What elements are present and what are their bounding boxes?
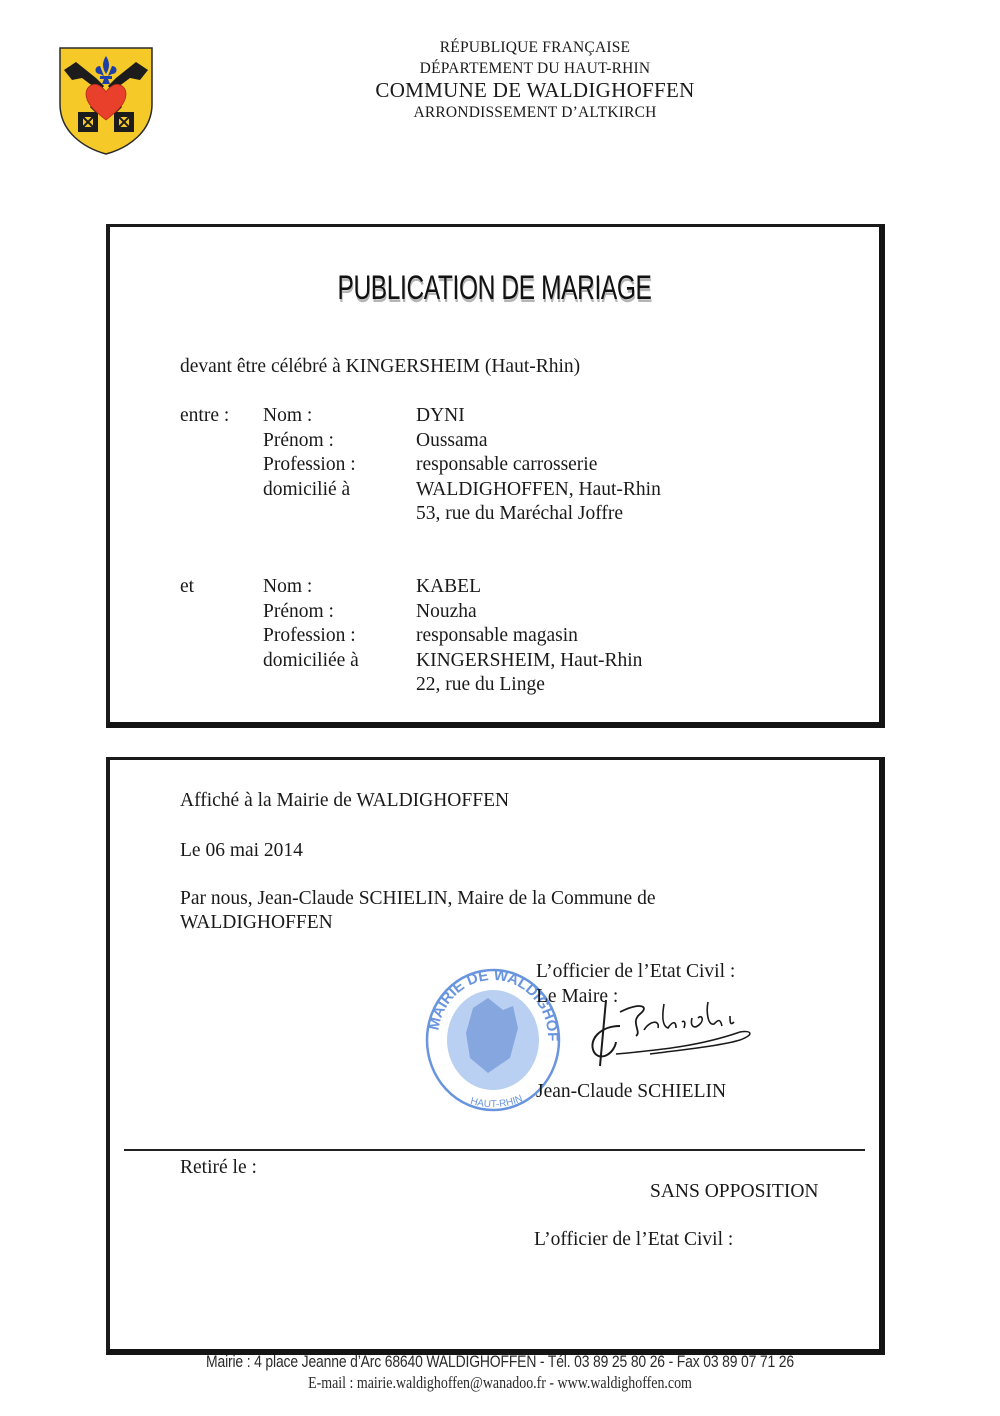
signature-icon [580,992,770,1072]
party-1-nom: DYNI [416,404,661,429]
party-2-nom: KABEL [416,575,642,600]
party-2-city: KINGERSHEIM, Haut-Rhin [416,649,642,674]
by-line-2: WALDIGHOFFEN [180,911,333,936]
label-profession: Profession : [263,453,356,478]
posting-date: Le 06 mai 2014 [180,839,303,864]
posting-box: Affiché à la Mairie de WALDIGHOFFEN Le 0… [106,757,885,1355]
svg-text:HAUT-RHIN: HAUT-RHIN [469,1093,524,1110]
party-1-connector: entre : [180,404,229,429]
footer-address: Mairie : 4 place Jeanne d’Arc 68640 WALD… [90,1352,910,1372]
label-profession: Profession : [263,624,359,649]
coat-of-arms-icon [56,44,156,156]
party-2-connector: et [180,575,194,600]
label-domicile: domicilié à [263,478,356,503]
document-title: PUBLICATION DE MARIAGE [218,269,772,308]
signatory-name: Jean-Claude SCHIELIN [536,1080,726,1105]
party-1-city: WALDIGHOFFEN, Haut-Rhin [416,478,661,503]
party-2-prenom: Nouzha [416,600,642,625]
republic-line: RÉPUBLIQUE FRANÇAISE [300,40,770,56]
stamp-text-bottom: HAUT-RHIN [469,1093,524,1110]
posted-at-line: Affiché à la Mairie de WALDIGHOFFEN [180,789,509,814]
party-2-profession: responsable magasin [416,624,642,649]
arrondissement-line: ARRONDISSEMENT D’ALTKIRCH [300,105,770,121]
publication-box: PUBLICATION DE MARIAGE devant être céléb… [106,224,885,728]
party-2-street: 22, rue du Linge [416,673,642,698]
by-line-1: Par nous, Jean-Claude SCHIELIN, Maire de… [180,887,655,912]
label-nom: Nom : [263,404,356,429]
opposition-status: SANS OPPOSITION [650,1180,819,1205]
officer-label: L’officier de l’Etat Civil : [536,960,735,985]
party-1-profession: responsable carrosserie [416,453,661,478]
section-divider [124,1149,865,1151]
label-nom: Nom : [263,575,359,600]
label-prenom: Prénom : [263,429,356,454]
party-1-street: 53, rue du Maréchal Joffre [416,502,661,527]
venue-line: devant être célébré à KINGERSHEIM (Haut-… [180,355,580,380]
letterhead: RÉPUBLIQUE FRANÇAISE DÉPARTEMENT DU HAUT… [300,40,770,126]
label-domicile: domiciliée à [263,649,359,674]
withdrawal-officer-label: L’officier de l’Etat Civil : [534,1228,733,1253]
footer-contact: E-mail : mairie.waldighoffen@wanadoo.fr … [90,1373,910,1393]
withdrawn-label: Retiré le : [180,1156,257,1181]
party-1-prenom: Oussama [416,429,661,454]
department-line: DÉPARTEMENT DU HAUT-RHIN [300,61,770,77]
label-prenom: Prénom : [263,600,359,625]
commune-line: COMMUNE DE WALDIGHOFFEN [300,80,770,101]
